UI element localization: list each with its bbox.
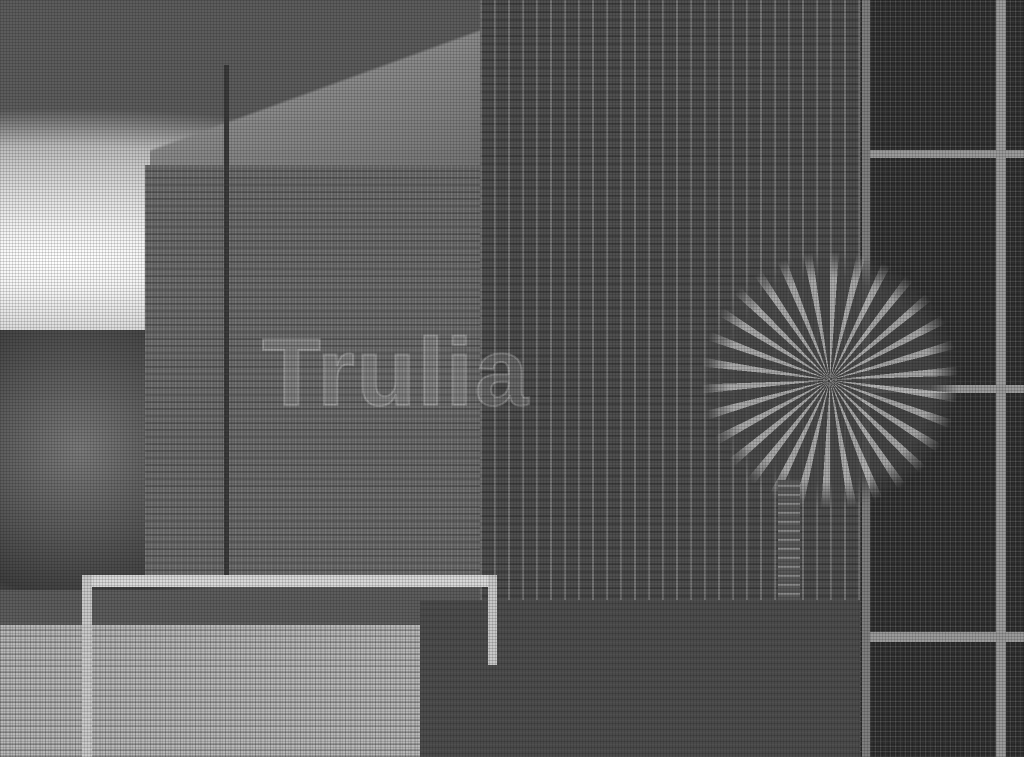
foreground-wall xyxy=(0,625,420,757)
railing-post xyxy=(82,575,92,757)
palm-fronds xyxy=(700,250,960,510)
watermark: Trulia xyxy=(262,318,530,428)
photo: Trulia xyxy=(0,0,1024,757)
window-transom xyxy=(870,632,1024,642)
lower-facade xyxy=(420,600,860,757)
railing xyxy=(82,575,496,587)
window-transom xyxy=(870,150,1024,158)
antenna-pole xyxy=(224,65,229,585)
railing-post xyxy=(488,575,497,665)
window-mullion xyxy=(996,0,1006,757)
